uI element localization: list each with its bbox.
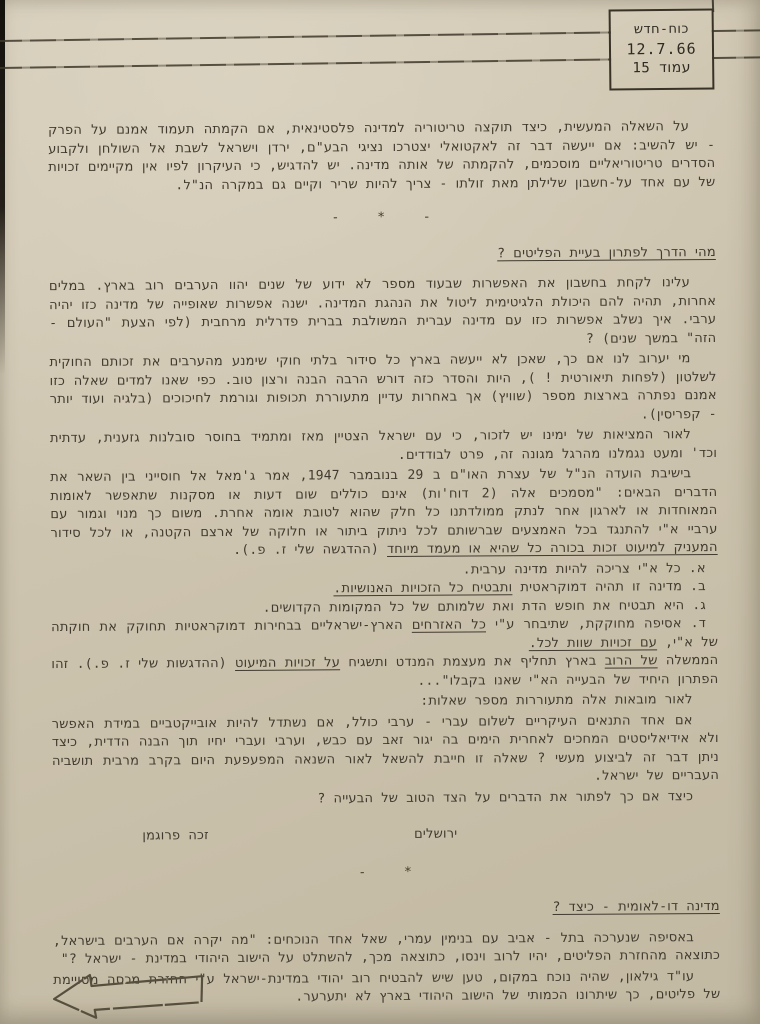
underlined-text: של הרוב [605, 653, 658, 668]
signature-place: ירושלים [414, 826, 457, 845]
left-arrow-icon [49, 964, 212, 1024]
paragraph: בישיבת הועדה הנ"ל של עצרת האו"ם ב 29 בנו… [50, 465, 718, 562]
underlined-text: עם זכויות שוות לכל. [529, 635, 657, 651]
list-item: ד. אסיפה מחוקקת, שתיבחר ע"י כל האזרחים ה… [51, 615, 718, 656]
text-segment: * - [358, 864, 414, 879]
paragraph: מי יערוב לנו אם כך, שאכן לא ייעשה בארץ כ… [49, 350, 716, 428]
text-segment: באסיפה שנערכה בתל - אביב עם בנימין עמרי,… [53, 930, 720, 967]
separator: * - [53, 861, 720, 884]
signature-name: זכה פרוגמן [142, 827, 209, 846]
underlined-text: מדינה דו-לאומית - כיצד ? [553, 899, 720, 915]
paragraph: עלינו לקחת בחשבון את האפשרות שבעוד מספר … [49, 274, 716, 352]
paragraph: לאור המציאות של ימינו יש לזכור, כי עם יש… [50, 426, 717, 467]
text-segment: על השאלה המעשית, כיצד תוקצה טריטוריה למד… [48, 119, 715, 193]
text-segment: בישיבת הועדה הנ"ל של עצרת האו"ם ב 29 בנו… [50, 466, 717, 540]
separator: - * - [49, 207, 716, 230]
heading: מדינה דו-לאומית - כיצד ? [53, 898, 720, 921]
underlined-text: המעניק למיעוט זכות בכורה כל שהיא או מעמד… [387, 540, 718, 557]
text-segment: כיצד אם כך לפתור את הדברים על הצד הטוב ש… [317, 789, 693, 806]
stamp-publication: כוח-חדש [634, 21, 689, 39]
text-segment: בארץ תחליף את מעצמת המנדט ותשגיח [340, 654, 605, 671]
heading: מהי הדרך לפתרון בעיית הפליטים ? [49, 243, 716, 266]
text-segment: ג. היא תבטיח את חופש הדת ואת שלמותם של כ… [263, 598, 706, 616]
text-segment: מי יערוב לנו אם כך, שאכן לא ייעשה בארץ כ… [49, 351, 716, 422]
text-segment: - * - [331, 210, 432, 226]
underlined-text: מהי הדרך לפתרון בעיית הפליטים ? [497, 244, 716, 260]
text-segment: עלינו לקחת בחשבון את האפשרות שבעוד מספר … [49, 275, 716, 346]
hand-drawn-arrow [49, 964, 212, 1024]
underlined-text: על זכויות המיעוט [235, 655, 340, 671]
paragraph: לאור מובאות אלה מתעוררות מספר שאלות: [52, 691, 719, 714]
text-segment: אם אחד התנאים העיקריים לשלום עברי - ערבי… [52, 713, 719, 784]
signature: ירושליםזכה פרוגמן [52, 808, 719, 851]
text-segment: ד. אסיפה מחוקקת, שתיבחר ע"י [486, 616, 706, 632]
paragraph: על השאלה המעשית, כיצד תוקצה טריטוריה למד… [48, 118, 715, 196]
text-segment: א. כל א"י צריכה להיות מדינה ערבית. [463, 561, 706, 577]
text-segment: לאור המציאות של ימינו יש לזכור, כי עם יש… [50, 427, 717, 462]
underlined-text: ותבטיח כל הזכויות האנושיות. [333, 580, 512, 596]
text-segment: (ההדגשה שלי ז. פ.). [233, 542, 387, 558]
text-segment: ב. מדינה זו תהיה דמוקראטית [512, 579, 706, 595]
scan-left-edge-shadow [0, 0, 5, 375]
text-segment: הממשלה [658, 653, 719, 668]
paragraph: הממשלה של הרוב בארץ תחליף את מעצמת המנדט… [51, 652, 718, 693]
paragraph: אם אחד התנאים העיקריים לשלום עברי - ערבי… [52, 711, 719, 789]
date-stamp-box: כוח-חדש 12.7.66 עמוד 15 [609, 8, 715, 90]
stamp-date: 12.7.66 [626, 38, 696, 59]
paragraph: כיצד אם כך לפתור את הדברים על הצד הטוב ש… [52, 787, 719, 810]
scanned-document-page: כוח-חדש 12.7.66 עמוד 15 על השאלה המעשית,… [0, 0, 760, 1024]
text-segment: לאור מובאות אלה מתעוררות מספר שאלות: [420, 692, 692, 709]
paragraph: באסיפה שנערכה בתל - אביב עם בנימין עמרי,… [53, 928, 720, 969]
underlined-text: כל האזרחים [412, 617, 486, 632]
article-body: על השאלה המעשית, כיצד תוקצה טריטוריה למד… [48, 118, 720, 1011]
stamp-page-number: עמוד 15 [632, 59, 691, 79]
